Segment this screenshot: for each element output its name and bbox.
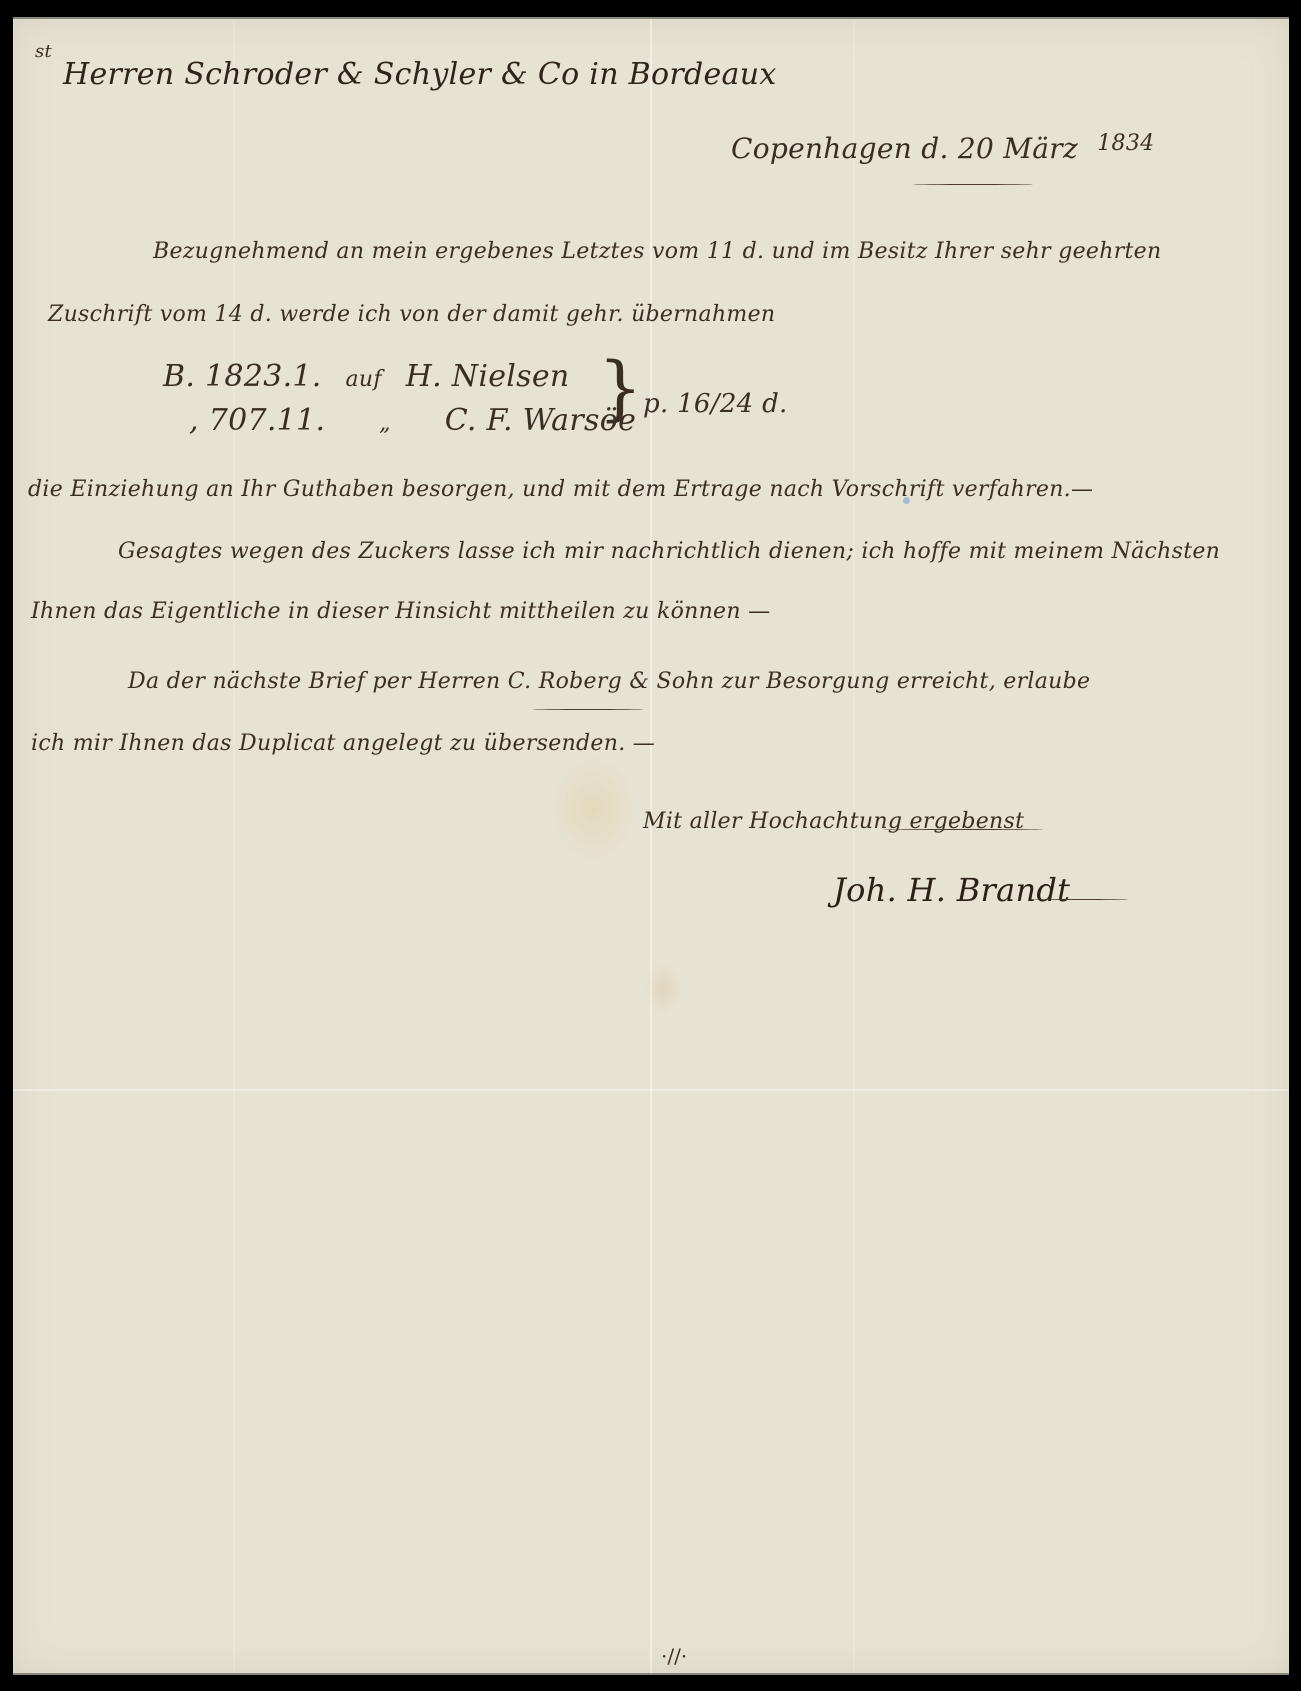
paragraph-line-1: die Einziehung an Ihr Guthaben besorgen,… <box>28 477 1093 502</box>
bill-amount: 1823.1. <box>205 359 322 394</box>
name-flourish <box>533 709 643 710</box>
bill-amount: 707.11. <box>209 403 326 438</box>
bill-payee: H. Nielsen <box>406 359 570 394</box>
letter-paper: st Herren Schroder & Schyler & Co in Bor… <box>13 17 1289 1675</box>
signature-flourish <box>1033 899 1128 900</box>
paragraph-line-3: Ihnen das Eigentliche in dieser Hinsicht… <box>31 599 770 624</box>
corner-note: st <box>35 41 52 62</box>
paragraph-line-2: Gesagtes wegen des Zuckers lasse ich mir… <box>118 539 1220 564</box>
bill-word: „ <box>379 411 391 436</box>
body-line-1: Bezugnehmend an mein ergebenes Letztes v… <box>153 239 1161 264</box>
addressee: Herren Schroder & Schyler & Co in Bordea… <box>63 57 777 92</box>
paragraph-line-5: ich mir Ihnen das Duplicat angelegt zu ü… <box>31 731 655 756</box>
year: 1834 <box>1097 131 1154 156</box>
closing-flourish <box>883 829 1043 830</box>
place-date: Copenhagen d. 20 März 1834 <box>731 131 1154 165</box>
bill-prefix: , <box>189 403 199 438</box>
bill-brace: } <box>598 347 643 429</box>
closing: Mit aller Hochachtung ergebenst <box>643 809 1024 834</box>
bill-prefix: B. <box>163 359 195 394</box>
fold-line-vertical <box>650 19 652 1673</box>
bill-line-2: , 707.11. „ C. F. Warsöe <box>189 403 636 438</box>
bill-note: p. 16/24 d. <box>643 389 788 419</box>
page-mark: ·//· <box>661 1644 687 1668</box>
place-date-text: Copenhagen d. 20 März <box>731 132 1078 165</box>
body-line-2: Zuschrift vom 14 d. werde ich von der da… <box>48 302 775 327</box>
date-flourish <box>913 184 1033 185</box>
fold-line-vertical <box>233 19 235 1673</box>
signature: Joh. H. Brandt <box>833 871 1070 909</box>
bill-word: auf <box>345 367 381 392</box>
fold-line-vertical <box>853 19 855 1673</box>
fold-line-horizontal <box>13 1089 1289 1091</box>
paragraph-line-4: Da der nächste Brief per Herren C. Rober… <box>128 669 1090 694</box>
bill-line-1: B. 1823.1. auf H. Nielsen <box>163 359 570 394</box>
